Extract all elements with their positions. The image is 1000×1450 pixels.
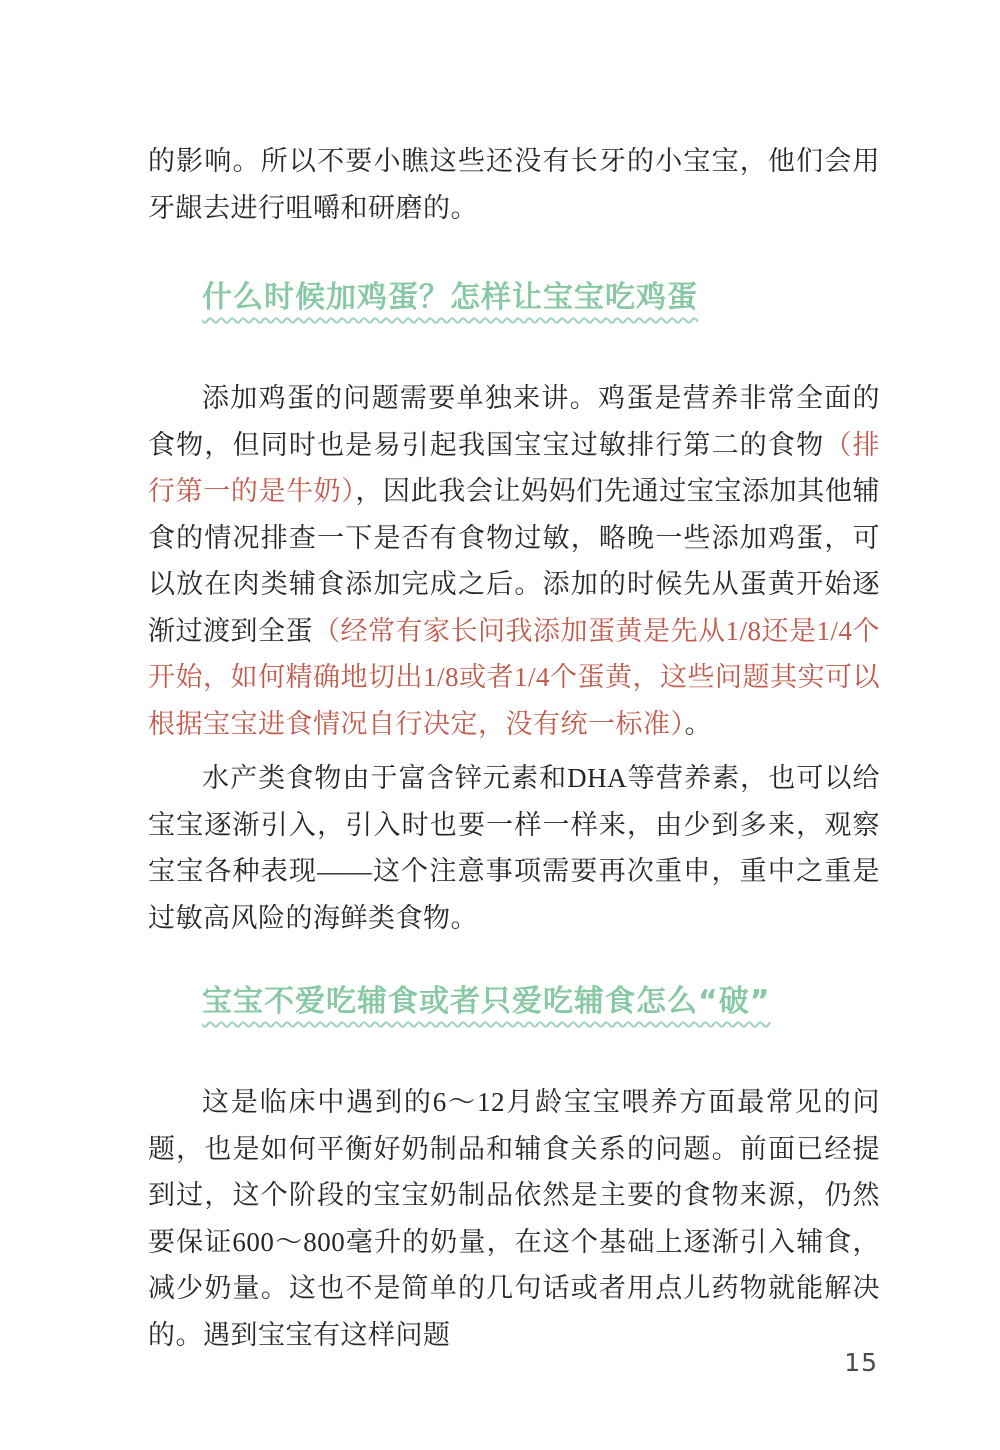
- paragraph-text: 的影响。所以不要小瞧这些还没有长牙的小宝宝，他们会用牙龈去进行咀嚼和研磨的。: [148, 146, 880, 223]
- page-content: 的影响。所以不要小瞧这些还没有长牙的小宝宝，他们会用牙龈去进行咀嚼和研磨的。 什…: [148, 0, 880, 1358]
- page-number: 15: [844, 1348, 878, 1377]
- paragraph-text: 水产类食物由于富含锌元素和DHA等营养素，也可以给宝宝逐渐引入，引入时也要一样一…: [148, 763, 880, 933]
- paragraph-milk-balance: 这是临床中遇到的6～12月龄宝宝喂养方面最常见的问题，也是如何平衡好奶制品和辅食…: [148, 1079, 880, 1358]
- paragraph-egg-allergy: 添加鸡蛋的问题需要单独来讲。鸡蛋是营养非常全面的食物，但同时也是易引起我国宝宝过…: [148, 375, 880, 747]
- paragraph-text: 。: [685, 709, 713, 739]
- book-page: 的影响。所以不要小瞧这些还没有长牙的小宝宝，他们会用牙龈去进行咀嚼和研磨的。 什…: [0, 0, 1000, 1450]
- section-heading-picky-eating: 宝宝不爱吃辅食或者只爱吃辅食怎么“破”: [202, 981, 880, 1023]
- paragraph-seafood-dha: 水产类食物由于富含锌元素和DHA等营养素，也可以给宝宝逐渐引入，引入时也要一样一…: [148, 755, 880, 941]
- paragraph-text: 这是临床中遇到的6～12月龄宝宝喂养方面最常见的问题，也是如何平衡好奶制品和辅食…: [148, 1087, 880, 1350]
- section-heading-text: 什么时候加鸡蛋？怎样让宝宝吃鸡蛋: [202, 280, 698, 315]
- paragraph-text: 添加鸡蛋的问题需要单独来讲。鸡蛋是营养非常全面的食物，但同时也是易引起我国宝宝过…: [148, 383, 880, 460]
- section-heading-text: 宝宝不爱吃辅食或者只爱吃辅食怎么“破”: [202, 984, 770, 1019]
- section-heading-when-to-add-egg: 什么时候加鸡蛋？怎样让宝宝吃鸡蛋: [202, 277, 880, 319]
- paragraph-gums-chewing: 的影响。所以不要小瞧这些还没有长牙的小宝宝，他们会用牙龈去进行咀嚼和研磨的。: [148, 138, 880, 231]
